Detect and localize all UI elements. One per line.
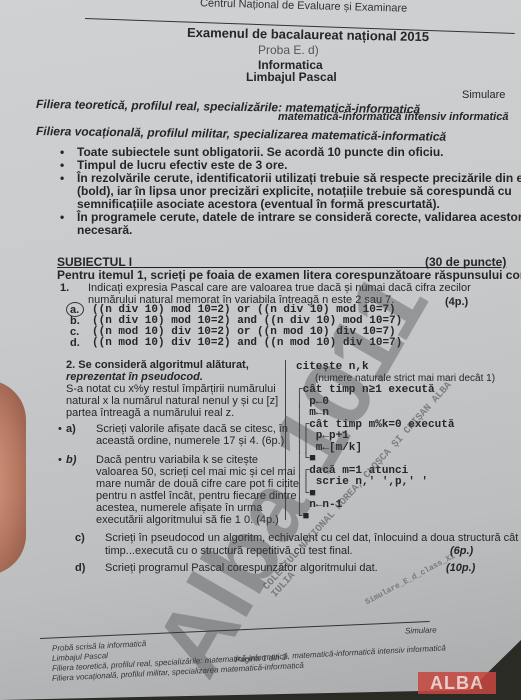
rule-bullet: • [60, 158, 64, 172]
pseudocode-line: │ p←0 [296, 396, 329, 408]
q2-c-label: c) [75, 532, 85, 544]
rule-text: Toate subiectele sunt obligatorii. Se ac… [77, 145, 444, 159]
q2-c-line1: Scrieți în pseudocod un algoritm, echiva… [105, 532, 518, 544]
subiect-instruction: Pentru itemul 1, scrieți pe foaia de exa… [57, 268, 521, 282]
q1-number: 1. [60, 282, 69, 294]
exam-title: Examenul de bacalaureat național 2015 [187, 25, 429, 44]
pseudocode-line: ││ p←p+1 [296, 430, 349, 442]
filiera-vocationala: Filiera vocațională, profilul militar, s… [36, 124, 446, 144]
exam-paper: Centrul Național de Evaluare și Examinar… [0, 0, 521, 700]
q2-intro-line: natural x la numărul natural nenul y și … [66, 395, 278, 407]
pseudocode-line: ││ scrie n,' ',p,' ' [296, 476, 428, 488]
pseudocode-line: │┌cât timp m%k=0 execută [296, 419, 454, 431]
language-label: Limbajul Pascal [246, 70, 337, 84]
q1-points: (4p.) [445, 296, 468, 308]
q2-intro-line: partea întreagă a numărului real z. [66, 407, 234, 419]
pseudocode-line: (numere naturale strict mai mari decât 1… [315, 373, 495, 384]
rule-text: (bold), iar în lipsa unor precizări expl… [77, 184, 512, 198]
pseudocode-line: ┌cât timp n≥1 execută [296, 384, 435, 396]
option-code: ((n mod 10) div 10=2) and ((n mod 10) di… [92, 337, 402, 349]
q2-b-line: executării algoritmului să fie 1 0. (4p.… [96, 514, 279, 526]
q2-b-line: pentru n astfel încât, pentru fiecare di… [96, 490, 297, 502]
pseudocode-line: │┌dacă m=1 atunci [296, 465, 408, 477]
option-letter: d. [70, 337, 80, 349]
brand-logo: ALBA [418, 672, 496, 694]
pseudocode-line: │ m←n [296, 407, 329, 419]
q2-a-line: această ordine, numerele 17 și 4. (6p.) [96, 435, 284, 447]
q2-b-line: acestea, numerele afișate în urma [96, 502, 262, 514]
filiera-teoretica-2: matematică-informatică intensiv informat… [278, 111, 508, 123]
pseudocode-line: ││ m←[m/k] [296, 442, 362, 454]
q2-c-line2: timp...execută cu o structură repetitivă… [105, 545, 353, 557]
q1-line1: Indicați expresia Pascal care are valoar… [88, 282, 471, 294]
q2-intro-line: reprezentat în pseudocod. [66, 371, 203, 383]
pseudocode-line: │ n←n-1 [296, 499, 342, 511]
q2-b-line: valoarea 50, scrieți cel mai mic și cel … [96, 466, 295, 478]
q2-a-line: Scrieți valorile afișate dacă se citesc,… [96, 423, 288, 435]
q2-b-line: mare număr de două cifre care pot fi cit… [96, 478, 299, 490]
q2-intro-line: 2. Se consideră algoritmul alăturat, [66, 359, 249, 371]
rule-bullet: • [60, 171, 64, 185]
pseudocode-line: └■ [296, 511, 309, 523]
q2-a-label: a) [66, 423, 76, 435]
q2-d-line1: Scrieți programul Pascal corespunzător a… [105, 562, 378, 574]
q2-intro-line: S-a notat cu x%y restul împărțirii număr… [66, 383, 276, 395]
proba-label: Proba E. d) [258, 43, 319, 57]
rule-text: În rezolvările cerute, identificatorii u… [77, 171, 521, 185]
q2-b-line: Dacă pentru variabila k se citește [96, 454, 258, 466]
stamp-side-text: Simulare_E_d_class_XI [364, 552, 457, 607]
bullet-icon: • [58, 423, 62, 435]
rule-bullet: • [60, 145, 64, 159]
rule-text: semnificațiile asociate acestora (eventu… [77, 197, 440, 211]
bullet-icon: • [58, 454, 62, 466]
rule-text: necesară. [77, 223, 132, 237]
footer-rule [40, 621, 430, 639]
finger-holding-paper [0, 380, 26, 575]
q2-c-points: (6p.) [450, 545, 473, 557]
q2-b-label: b) [66, 454, 76, 466]
simulare-label: Simulare [462, 89, 505, 101]
rule-text: În programele cerute, datele de intrare … [77, 210, 521, 224]
q2-d-label: d) [75, 562, 85, 574]
pseudocode-line: │└■ [296, 453, 316, 465]
rule-text: Timpul de lucru efectiv este de 3 ore. [77, 158, 288, 172]
footer-simulare: Simulare [405, 625, 437, 635]
pseudocode-line: citește n,k [296, 361, 369, 373]
rule-bullet: • [60, 210, 64, 224]
organization-header: Centrul Național de Evaluare și Examinar… [200, 0, 408, 15]
q2-d-points: (10p.) [446, 562, 475, 574]
